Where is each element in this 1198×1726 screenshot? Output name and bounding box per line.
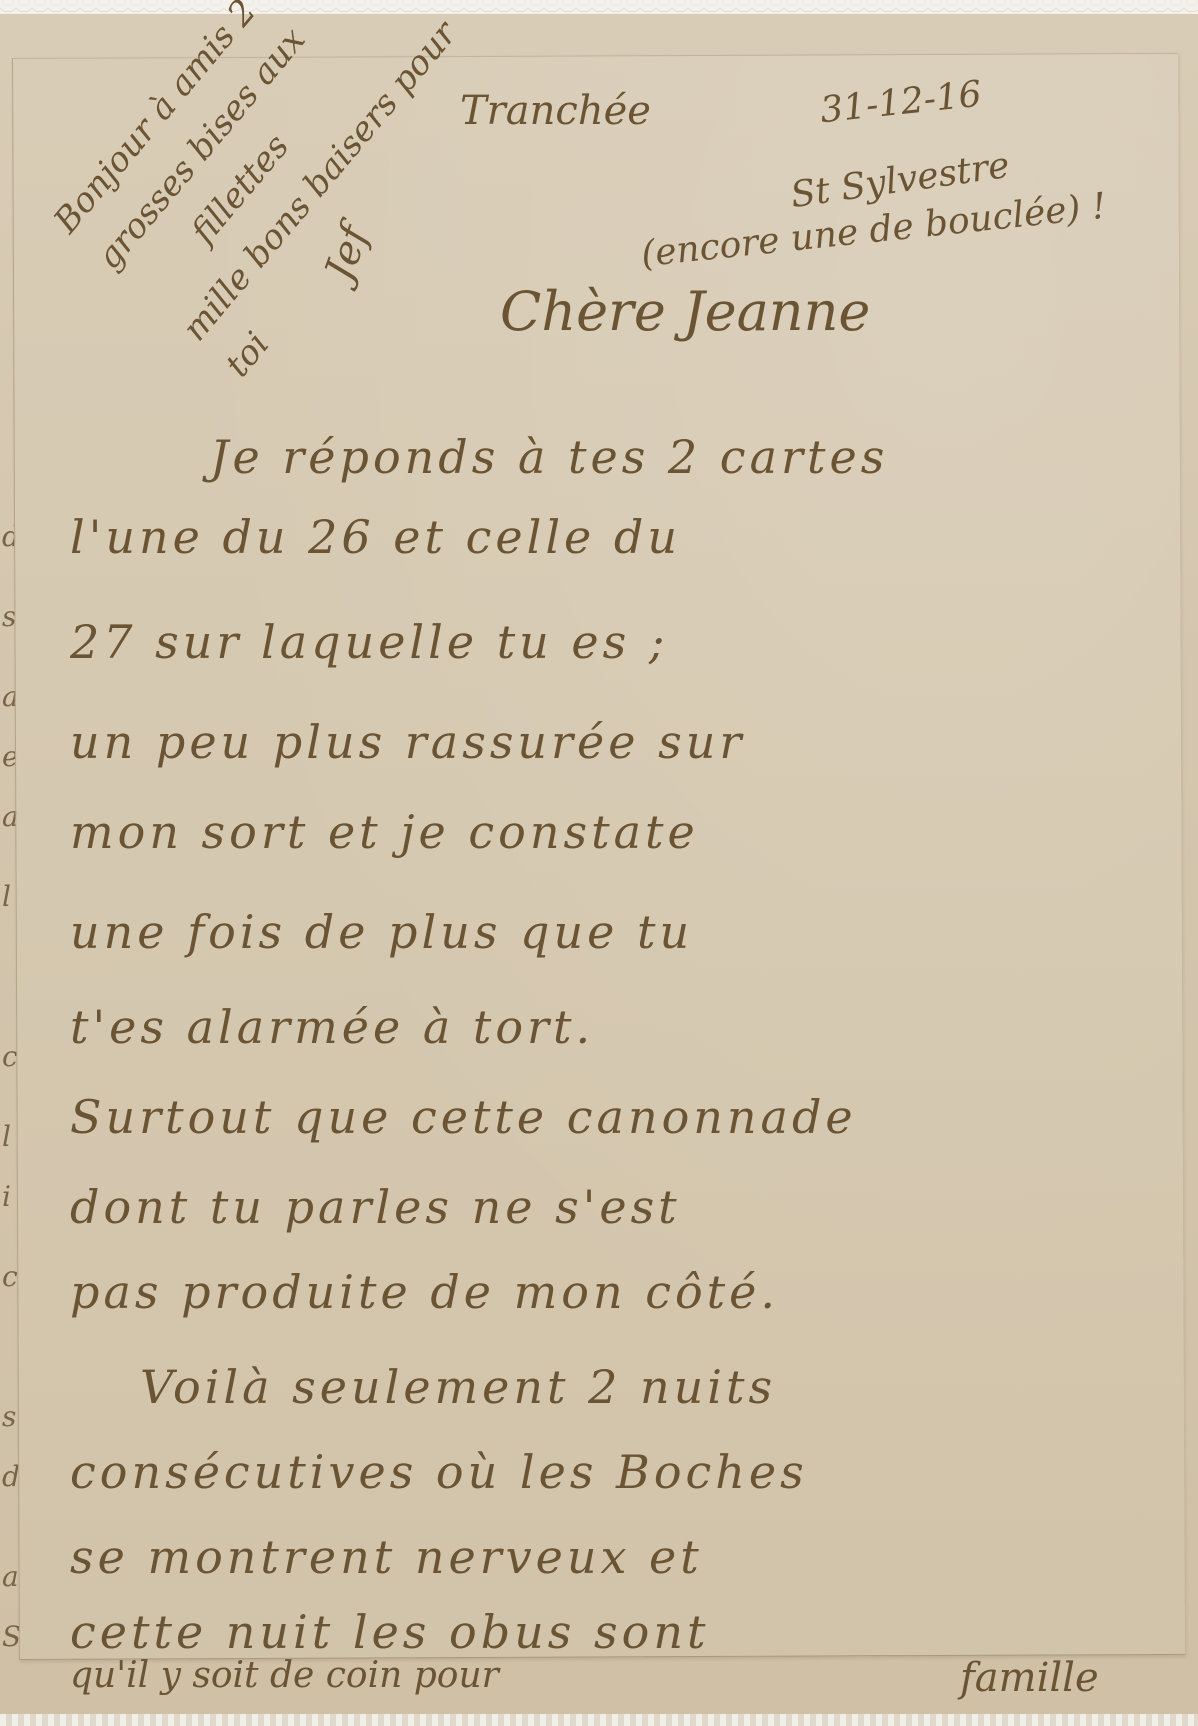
body-line: Je réponds à tes 2 cartes <box>210 430 888 484</box>
body-line: cette nuit les obus sont <box>70 1605 709 1659</box>
body-line: pas produite de mon côté. <box>70 1265 779 1319</box>
margin-fragment: s <box>2 1400 16 1433</box>
back-sheet-text: famille <box>960 1655 1099 1701</box>
body-line: 27 sur laquelle tu es ; <box>70 615 668 669</box>
body-line: Voilà seulement 2 nuits <box>140 1360 776 1414</box>
body-line: une fois de plus que tu <box>70 905 693 959</box>
body-line: dont tu parles ne s'est <box>70 1180 681 1234</box>
body-line: consécutives où les Boches <box>70 1445 808 1499</box>
margin-fragment: c <box>2 1260 18 1293</box>
letter-place: Tranchée <box>460 88 651 134</box>
body-line: Surtout que cette canonnade <box>70 1090 857 1144</box>
body-line: t'es alarmée à tort. <box>70 1000 594 1054</box>
margin-fragment: i <box>2 1180 11 1213</box>
body-line: un peu plus rassurée sur <box>70 715 745 769</box>
margin-fragment: l <box>2 880 11 913</box>
perforated-edge-top <box>0 0 1198 14</box>
salutation: Chère Jeanne <box>500 280 870 343</box>
margin-fragment: l <box>2 1120 11 1153</box>
body-line: l'une du 26 et celle du <box>70 510 681 564</box>
perforated-edge-bottom <box>0 1714 1198 1726</box>
margin-fragment: a <box>2 1560 19 1593</box>
back-sheet-text: qu'il y soit de coin pour <box>70 1655 499 1696</box>
body-line: se montrent nerveux et <box>70 1530 703 1584</box>
body-line: mon sort et je constate <box>70 805 699 859</box>
